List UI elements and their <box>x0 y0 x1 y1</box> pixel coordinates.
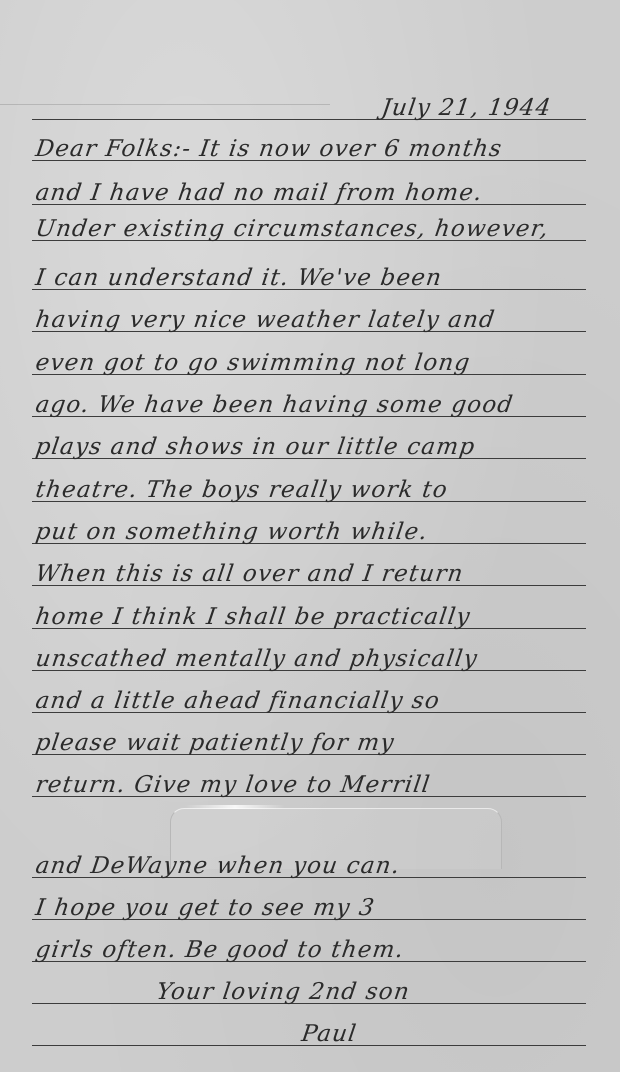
letter-date: July 21, 1944 <box>380 97 593 120</box>
letter-signature: Paul <box>300 1023 620 1046</box>
letter-closing: Your loving 2nd son <box>155 981 620 1004</box>
body-line: ago. We have been having some good <box>34 394 597 417</box>
salutation-line: Dear Folks:- It is now over 6 months <box>34 138 597 161</box>
body-line: I hope you get to see my 3 <box>34 897 597 920</box>
body-line: please wait patiently for my <box>34 732 597 755</box>
body-line: I can understand it. We've been <box>34 267 597 290</box>
body-line: home I think I shall be practically <box>34 606 597 629</box>
body-line: and DeWayne when you can. <box>34 855 597 878</box>
body-line: Under existing circumstances, however, <box>34 218 597 241</box>
body-line: return. Give my love to Merrill <box>34 774 597 797</box>
body-line: and a little ahead financially so <box>34 690 597 713</box>
body-line: theatre. The boys really work to <box>34 479 597 502</box>
body-line: and I have had no mail from home. <box>34 182 597 205</box>
body-line: unscathed mentally and physically <box>34 648 597 671</box>
body-line: When this is all over and I return <box>34 563 597 586</box>
paper-fold-crease <box>0 104 330 105</box>
paper-crease-highlight <box>185 805 285 809</box>
body-line: girls often. Be good to them. <box>34 939 597 962</box>
body-line: plays and shows in our little camp <box>34 436 597 459</box>
letter-paper: July 21, 1944 Dear Folks:- It is now ove… <box>0 0 620 1072</box>
body-line: put on something worth while. <box>34 521 597 544</box>
body-line: having very nice weather lately and <box>34 309 597 332</box>
body-line: even got to go swimming not long <box>34 352 597 375</box>
